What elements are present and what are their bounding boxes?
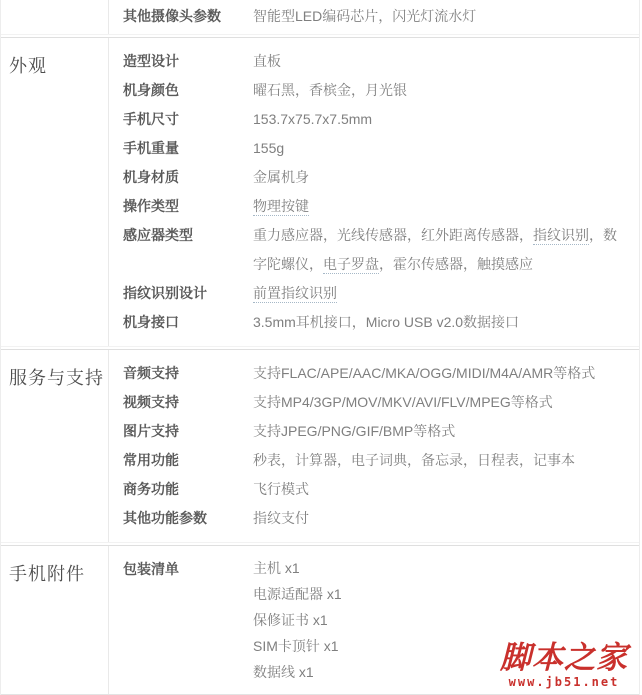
- spec-value-text: 曜石黑，香槟金，月光银: [253, 82, 407, 98]
- spec-value-line: 主机 x1: [253, 555, 621, 581]
- spec-value: 重力感应器，光线传感器，红外距离传感器，指纹识别，数字陀螺仪，电子罗盘，霍尔传感…: [253, 221, 621, 279]
- spec-value-line: SIM卡顶针 x1: [253, 633, 621, 659]
- spec-value: 155g: [253, 134, 621, 163]
- section-body: 包装清单主机 x1电源适配器 x1保修证书 x1SIM卡顶针 x1数据线 x1: [109, 546, 639, 694]
- spec-label: 包装清单: [123, 555, 253, 584]
- spec-value-line: 数据线 x1: [253, 659, 621, 685]
- spec-value-text: 3.5mm耳机接口，Micro USB v2.0数据接口: [253, 314, 519, 330]
- spec-value: 飞行模式: [253, 475, 621, 504]
- spec-label: 图片支持: [123, 417, 253, 446]
- spec-value-text: 支持JPEG/PNG/GIF/BMP等格式: [253, 423, 455, 439]
- spec-value-text: 155g: [253, 140, 284, 156]
- section-title: 外观: [1, 38, 109, 346]
- spec-value-text: 重力感应器，光线传感器，红外距离传感器，: [253, 227, 533, 243]
- spec-value-line: 重力感应器，光线传感器，红外距离传感器，指纹识别，数字陀螺仪，电子罗盘，霍尔传感…: [253, 221, 621, 279]
- spec-value-line: 直板: [253, 47, 621, 76]
- spec-value-text: 电源适配器 x1: [253, 586, 342, 602]
- spec-label: 商务功能: [123, 475, 253, 504]
- spec-label: 机身颜色: [123, 76, 253, 105]
- spec-row: 视频支持支持MP4/3GP/MOV/MKV/AVI/FLV/MPEG等格式: [123, 388, 621, 417]
- section-appearance: 外观造型设计直板机身颜色曜石黑，香槟金，月光银手机尺寸153.7x75.7x7.…: [1, 37, 639, 347]
- spec-row: 机身接口3.5mm耳机接口，Micro USB v2.0数据接口: [123, 308, 621, 337]
- spec-table: 其他摄像头参数智能型LED编码芯片，闪光灯流水灯外观造型设计直板机身颜色曜石黑，…: [0, 0, 640, 695]
- spec-value-text: ，霍尔传感器，触摸感应: [379, 256, 533, 272]
- spec-label: 手机尺寸: [123, 105, 253, 134]
- spec-value-text: 直板: [253, 53, 281, 69]
- section-title: 服务与支持: [1, 350, 109, 542]
- spec-row: 指纹识别设计前置指纹识别: [123, 279, 621, 308]
- spec-value: 直板: [253, 47, 621, 76]
- spec-value-line: 电源适配器 x1: [253, 581, 621, 607]
- spec-row: 音频支持支持FLAC/APE/AAC/MKA/OGG/MIDI/M4A/AMR等…: [123, 359, 621, 388]
- spec-label: 感应器类型: [123, 221, 253, 250]
- spec-value-line: 支持FLAC/APE/AAC/MKA/OGG/MIDI/M4A/AMR等格式: [253, 359, 621, 388]
- spec-row: 图片支持支持JPEG/PNG/GIF/BMP等格式: [123, 417, 621, 446]
- spec-label: 手机重量: [123, 134, 253, 163]
- spec-label: 指纹识别设计: [123, 279, 253, 308]
- section-body: 造型设计直板机身颜色曜石黑，香槟金，月光银手机尺寸153.7x75.7x7.5m…: [109, 38, 639, 346]
- spec-row: 机身材质金属机身: [123, 163, 621, 192]
- spec-label: 其他功能参数: [123, 504, 253, 533]
- spec-value-text: 支持MP4/3GP/MOV/MKV/AVI/FLV/MPEG等格式: [253, 394, 553, 410]
- spec-value-text: 支持FLAC/APE/AAC/MKA/OGG/MIDI/M4A/AMR等格式: [253, 365, 595, 381]
- spec-value-text: 飞行模式: [253, 481, 309, 497]
- spec-row: 包装清单主机 x1电源适配器 x1保修证书 x1SIM卡顶针 x1数据线 x1: [123, 555, 621, 685]
- spec-value-text: 数据线 x1: [253, 664, 314, 680]
- spec-label: 造型设计: [123, 47, 253, 76]
- spec-row: 商务功能飞行模式: [123, 475, 621, 504]
- spec-value-line: 金属机身: [253, 163, 621, 192]
- spec-value-text: 153.7x75.7x7.5mm: [253, 111, 372, 127]
- spec-row: 其他摄像头参数智能型LED编码芯片，闪光灯流水灯: [123, 2, 621, 31]
- tooltip-link[interactable]: 电子罗盘: [323, 256, 379, 274]
- spec-value: 支持FLAC/APE/AAC/MKA/OGG/MIDI/M4A/AMR等格式: [253, 359, 621, 388]
- spec-row: 其他功能参数指纹支付: [123, 504, 621, 533]
- spec-value-line: 153.7x75.7x7.5mm: [253, 105, 621, 134]
- spec-value-text: 指纹支付: [253, 510, 309, 526]
- spec-value-line: 支持JPEG/PNG/GIF/BMP等格式: [253, 417, 621, 446]
- spec-value: 曜石黑，香槟金，月光银: [253, 76, 621, 105]
- spec-row: 常用功能秒表，计算器，电子词典，备忘录，日程表，记事本: [123, 446, 621, 475]
- spec-value-text: SIM卡顶针 x1: [253, 638, 339, 654]
- spec-value-line: 曜石黑，香槟金，月光银: [253, 76, 621, 105]
- spec-value-text: 主机 x1: [253, 560, 300, 576]
- spec-label: 常用功能: [123, 446, 253, 475]
- spec-value: 物理按键: [253, 192, 621, 221]
- spec-row: 感应器类型重力感应器，光线传感器，红外距离传感器，指纹识别，数字陀螺仪，电子罗盘…: [123, 221, 621, 279]
- spec-value: 前置指纹识别: [253, 279, 621, 308]
- spec-row: 造型设计直板: [123, 47, 621, 76]
- spec-label: 音频支持: [123, 359, 253, 388]
- spec-label: 视频支持: [123, 388, 253, 417]
- spec-label: 机身材质: [123, 163, 253, 192]
- spec-value-line: 前置指纹识别: [253, 279, 621, 308]
- spec-label: 机身接口: [123, 308, 253, 337]
- spec-row: 手机尺寸153.7x75.7x7.5mm: [123, 105, 621, 134]
- spec-value-text: 秒表，计算器，电子词典，备忘录，日程表，记事本: [253, 452, 575, 468]
- tooltip-link[interactable]: 物理按键: [253, 198, 309, 216]
- spec-value: 金属机身: [253, 163, 621, 192]
- spec-value-line: 秒表，计算器，电子词典，备忘录，日程表，记事本: [253, 446, 621, 475]
- spec-value-line: 3.5mm耳机接口，Micro USB v2.0数据接口: [253, 308, 621, 337]
- section-title: 手机附件: [1, 546, 109, 694]
- section-accessories: 手机附件包装清单主机 x1电源适配器 x1保修证书 x1SIM卡顶针 x1数据线…: [1, 545, 639, 695]
- spec-value-line: 支持MP4/3GP/MOV/MKV/AVI/FLV/MPEG等格式: [253, 388, 621, 417]
- spec-value-line: 飞行模式: [253, 475, 621, 504]
- spec-value: 秒表，计算器，电子词典，备忘录，日程表，记事本: [253, 446, 621, 475]
- spec-value-text: 保修证书 x1: [253, 612, 328, 628]
- section-body: 音频支持支持FLAC/APE/AAC/MKA/OGG/MIDI/M4A/AMR等…: [109, 350, 639, 542]
- tooltip-link[interactable]: 指纹识别: [533, 227, 589, 245]
- spec-value-text: 智能型LED编码芯片，闪光灯流水灯: [253, 8, 476, 24]
- spec-value-line: 保修证书 x1: [253, 607, 621, 633]
- spec-value: 主机 x1电源适配器 x1保修证书 x1SIM卡顶针 x1数据线 x1: [253, 555, 621, 685]
- spec-value-line: 智能型LED编码芯片，闪光灯流水灯: [253, 2, 621, 31]
- tooltip-link[interactable]: 前置指纹识别: [253, 285, 337, 303]
- spec-value: 智能型LED编码芯片，闪光灯流水灯: [253, 2, 621, 31]
- spec-value: 指纹支付: [253, 504, 621, 533]
- spec-row: 手机重量155g: [123, 134, 621, 163]
- spec-row: 操作类型物理按键: [123, 192, 621, 221]
- spec-value-line: 155g: [253, 134, 621, 163]
- section-service-support: 服务与支持音频支持支持FLAC/APE/AAC/MKA/OGG/MIDI/M4A…: [1, 349, 639, 543]
- spec-value: 支持MP4/3GP/MOV/MKV/AVI/FLV/MPEG等格式: [253, 388, 621, 417]
- spec-value: 支持JPEG/PNG/GIF/BMP等格式: [253, 417, 621, 446]
- spec-value: 3.5mm耳机接口，Micro USB v2.0数据接口: [253, 308, 621, 337]
- spec-label: 操作类型: [123, 192, 253, 221]
- section-camera-extra-partial: 其他摄像头参数智能型LED编码芯片，闪光灯流水灯: [1, 0, 639, 35]
- spec-value-line: 指纹支付: [253, 504, 621, 533]
- spec-row: 机身颜色曜石黑，香槟金，月光银: [123, 76, 621, 105]
- section-body: 其他摄像头参数智能型LED编码芯片，闪光灯流水灯: [109, 0, 639, 34]
- spec-value-line: 物理按键: [253, 192, 621, 221]
- spec-value-text: 金属机身: [253, 169, 309, 185]
- section-title: [1, 0, 109, 34]
- spec-value: 153.7x75.7x7.5mm: [253, 105, 621, 134]
- spec-label: 其他摄像头参数: [123, 2, 253, 31]
